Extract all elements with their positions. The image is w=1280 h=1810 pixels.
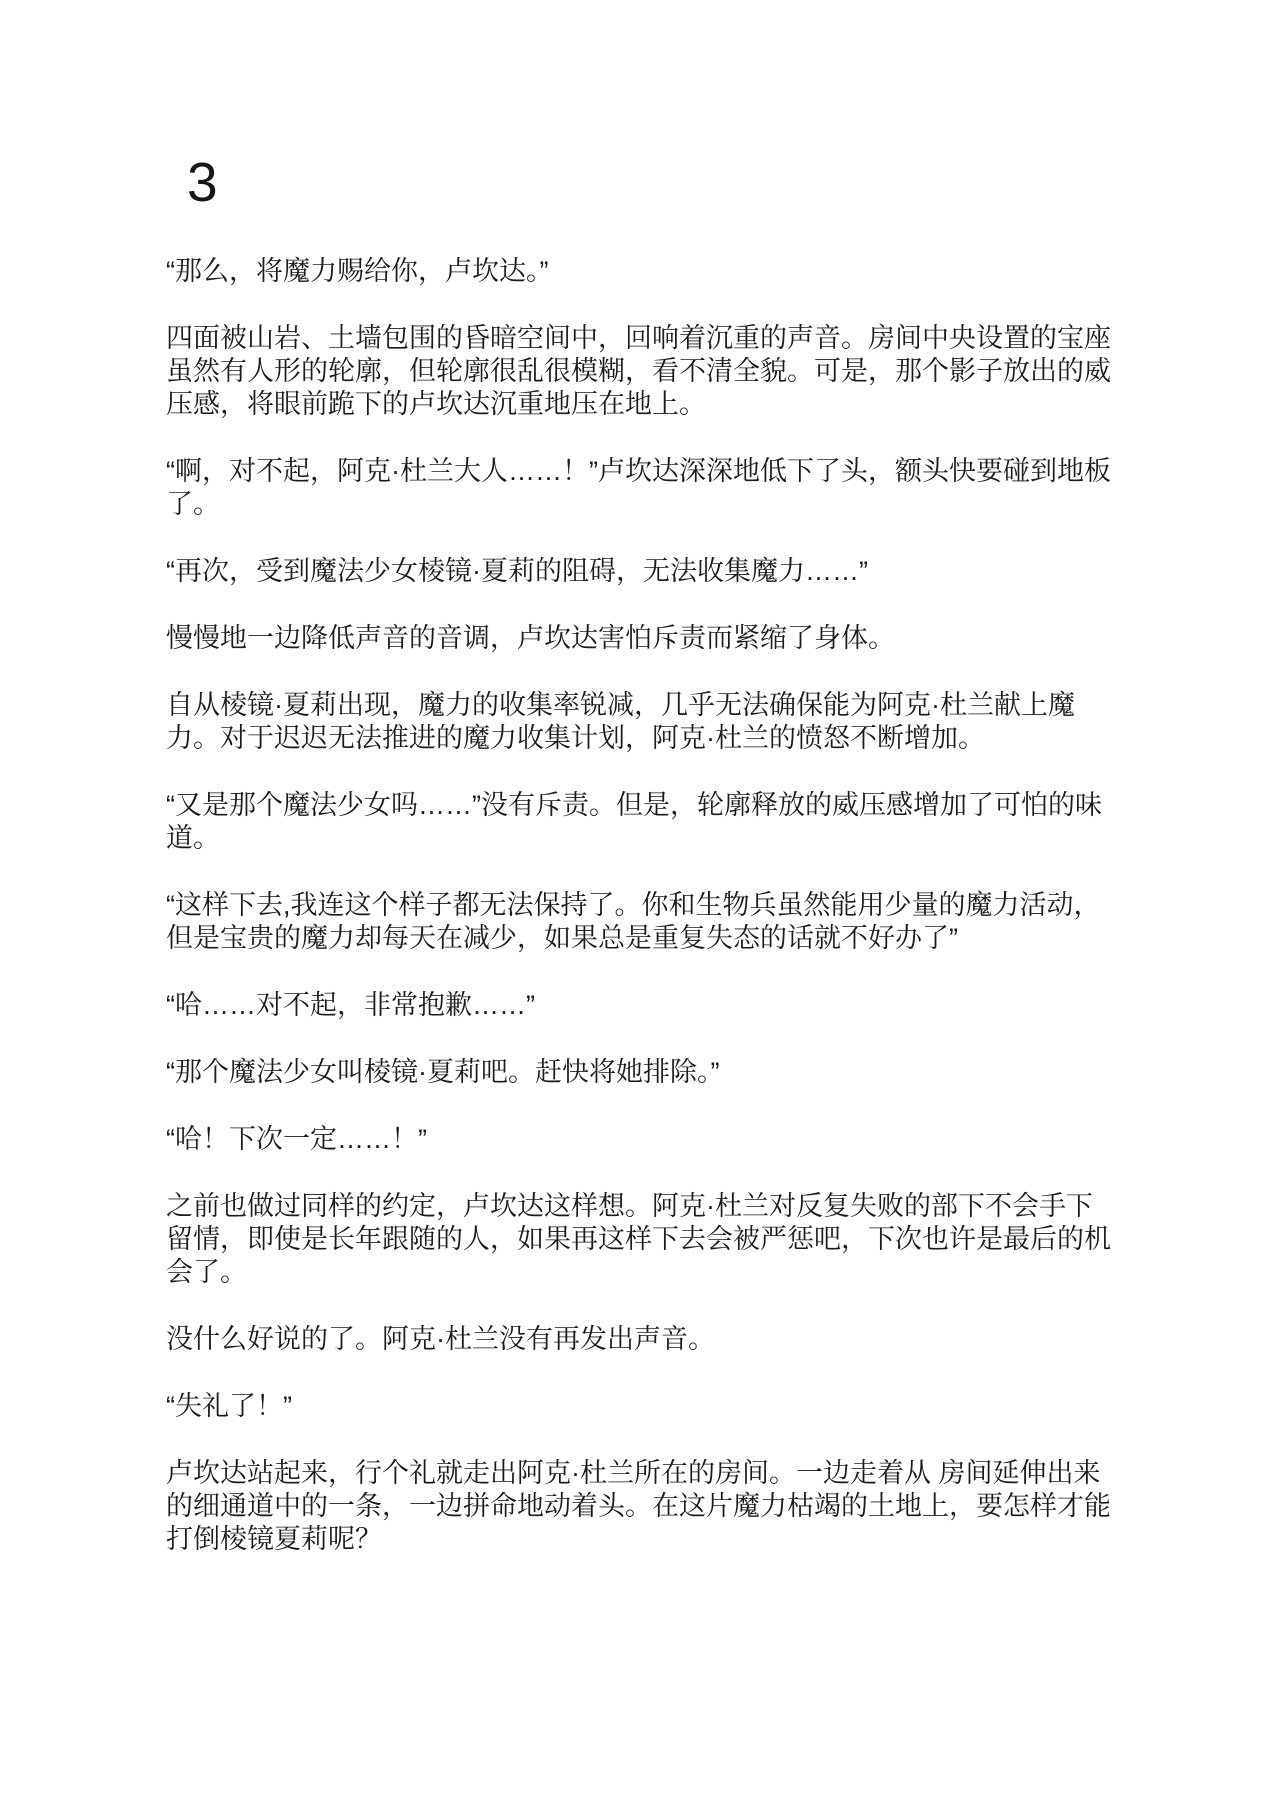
paragraph: “这样下去,我连这个样子都无法保持了。你和生物兵虽然能用少量的魔力活动，但是宝贵… — [166, 889, 1118, 955]
paragraph: 没什么好说的了。阿克·杜兰没有再发出声音。 — [166, 1323, 1118, 1356]
paragraph: 之前也做过同样的约定，卢坎达这样想。阿克·杜兰对反复失败的部下不会手下留情，即使… — [166, 1190, 1118, 1289]
paragraph: “那个魔法少女叫棱镜·夏莉吧。赶快将她排除。” — [166, 1056, 1118, 1089]
document-page: 3 “那么，将魔力赐给你，卢坎达。” 四面被山岩、土墙包围的昏暗空间中，回响着沉… — [166, 154, 1118, 1590]
paragraph: “那么，将魔力赐给你，卢坎达。” — [166, 255, 1118, 288]
paragraph: “哈……对不起，非常抱歉……” — [166, 989, 1118, 1022]
paragraph: “再次，受到魔法少女棱镜·夏莉的阻碍，无法收集魔力……” — [166, 555, 1118, 588]
paragraph: “啊，对不起，阿克·杜兰大人……！”卢坎达深深地低下了头，额头快要碰到地板了。 — [166, 455, 1118, 521]
paragraph: 卢坎达站起来，行个礼就走出阿克·杜兰所在的房间。一边走着从 房间延伸出来的细通道… — [166, 1457, 1118, 1556]
paragraph: 自从棱镜·夏莉出现，魔力的收集率锐减，几乎无法确保能为阿克·杜兰献上魔力。对于迟… — [166, 689, 1118, 755]
paragraph: “又是那个魔法少女吗……”没有斥责。但是，轮廓释放的威压感增加了可怕的味道。 — [166, 789, 1118, 855]
chapter-number: 3 — [187, 154, 1118, 210]
paragraph: “失礼了！” — [166, 1390, 1118, 1423]
paragraph: 慢慢地一边降低声音的音调，卢坎达害怕斥责而紧缩了身体。 — [166, 622, 1118, 655]
paragraph: “哈！下次一定……！” — [166, 1123, 1118, 1156]
paragraph: 四面被山岩、土墙包围的昏暗空间中，回响着沉重的声音。房间中央设置的宝座虽然有人形… — [166, 322, 1118, 421]
